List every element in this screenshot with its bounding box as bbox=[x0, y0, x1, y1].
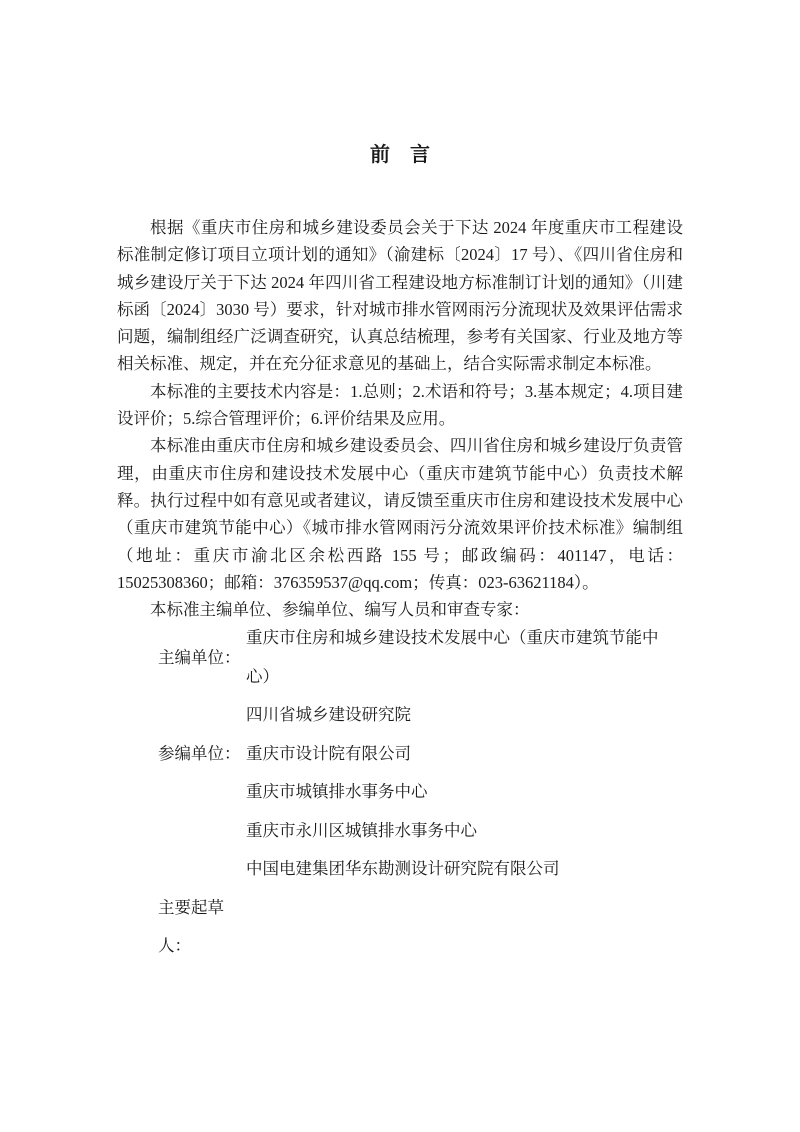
page-title: 前 言 bbox=[117, 141, 683, 169]
unit-value: 重庆市城镇排水事务中心 bbox=[246, 773, 683, 812]
paragraph-management: 本标准由重庆市住房和城乡建设委员会、四川省住房和城乡建设厅负责管理，由重庆市住房… bbox=[117, 432, 683, 596]
document-page: 前 言 根据《重庆市住房和城乡建设委员会关于下达 2024 年度重庆市工程建设标… bbox=[0, 0, 800, 1132]
unit-row: 主编单位： 重庆市住房和城乡建设技术发展中心（重庆市建筑节能中心） bbox=[117, 619, 683, 696]
unit-value: 重庆市永川区城镇排水事务中心 bbox=[246, 812, 683, 851]
unit-row: 参编单位： 重庆市设计院有限公司 bbox=[117, 735, 683, 774]
units-section: 主编单位： 重庆市住房和城乡建设技术发展中心（重庆市建筑节能中心） 四川省城乡建… bbox=[117, 619, 683, 966]
unit-label-participating: 参编单位： bbox=[158, 735, 246, 774]
paragraph-contents: 本标准的主要技术内容是：1.总则；2.术语和符号；3.基本规定；4.项目建设评价… bbox=[117, 378, 683, 433]
unit-value: 重庆市住房和城乡建设技术发展中心（重庆市建筑节能中心） bbox=[246, 619, 683, 696]
paragraph-basis: 根据《重庆市住房和城乡建设委员会关于下达 2024 年度重庆市工程建设标准制定修… bbox=[117, 214, 683, 378]
unit-row: 四川省城乡建设研究院 bbox=[117, 696, 683, 735]
preface-body: 根据《重庆市住房和城乡建设委员会关于下达 2024 年度重庆市工程建设标准制定修… bbox=[117, 214, 683, 623]
unit-value: 四川省城乡建设研究院 bbox=[246, 696, 683, 735]
unit-label-main-drafters: 主要起草人： bbox=[158, 889, 246, 966]
unit-row: 重庆市永川区城镇排水事务中心 bbox=[117, 812, 683, 851]
page-content: 前 言 根据《重庆市住房和城乡建设委员会关于下达 2024 年度重庆市工程建设标… bbox=[117, 0, 683, 966]
unit-row: 重庆市城镇排水事务中心 bbox=[117, 773, 683, 812]
unit-value: 重庆市设计院有限公司 bbox=[246, 735, 683, 774]
unit-label-chief-editor: 主编单位： bbox=[158, 639, 246, 678]
unit-value: 中国电建集团华东勘测设计研究院有限公司 bbox=[246, 850, 683, 889]
unit-row: 中国电建集团华东勘测设计研究院有限公司 bbox=[117, 850, 683, 889]
unit-row: 主要起草人： bbox=[117, 889, 683, 966]
